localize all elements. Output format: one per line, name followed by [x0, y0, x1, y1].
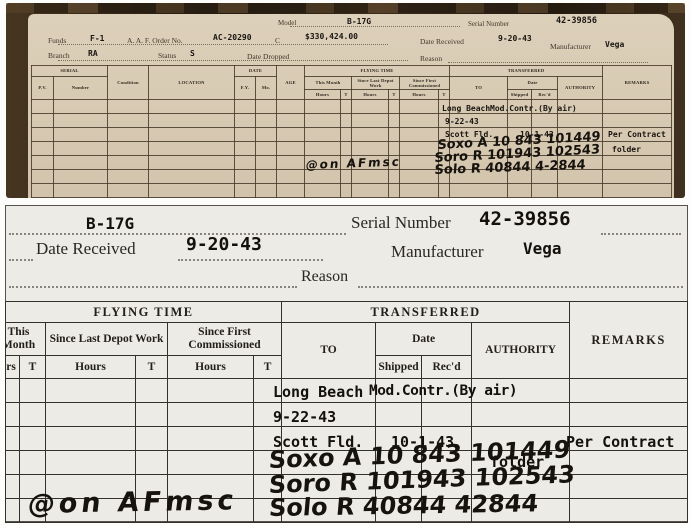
mo-header: Mo. — [256, 77, 277, 100]
dotted-leader — [9, 233, 346, 235]
serial-number-value: 42-39856 — [556, 16, 597, 26]
grid-cell — [341, 170, 352, 184]
recd-header: Rec'd — [532, 90, 558, 100]
grid-cell — [256, 100, 277, 114]
grid-cell — [450, 184, 508, 198]
since-first-commissioned-header: Since First Commissioned — [168, 323, 282, 356]
status-value: S — [190, 49, 195, 58]
grid-cell — [389, 170, 400, 184]
reason-label: Reason — [420, 54, 442, 63]
grid-cell — [149, 156, 235, 170]
grid-cell — [256, 170, 277, 184]
grid-cell — [32, 156, 54, 170]
entry-handwritten: Solo R 40844 42844 — [268, 489, 539, 522]
pv-header: P.V. — [32, 77, 54, 100]
grid-cell — [603, 170, 672, 184]
grid-cell — [305, 184, 341, 198]
t-header: T — [389, 90, 400, 100]
grid-cell — [389, 114, 400, 128]
grid-cell — [305, 128, 341, 142]
grid-cell — [108, 100, 149, 114]
funds-value: F-1 — [90, 34, 104, 43]
grid-cell — [400, 184, 439, 198]
grid-cell — [277, 142, 305, 156]
grid-cell — [400, 100, 439, 114]
entry-date: 9-22-43 — [273, 408, 336, 426]
grid-cell — [32, 142, 54, 156]
grid-cell — [389, 100, 400, 114]
hours-header: Hours — [400, 90, 439, 100]
grid-cell — [6, 427, 20, 451]
grid-cell — [46, 403, 136, 427]
grid-cell — [235, 100, 256, 114]
to-header: TO — [282, 323, 376, 379]
date-received-label: Date Received — [36, 239, 136, 259]
date-received-value: 9-20-43 — [186, 234, 262, 255]
grid-cell — [54, 156, 108, 170]
grid-cell — [6, 499, 20, 523]
grid-cell — [352, 100, 389, 114]
serial-number-value: 42-39856 — [479, 208, 571, 230]
entry-authority: Mod.Contr.(By air) — [369, 383, 517, 399]
top-scan: Model B-17G Serial Number 42-39856 Funds… — [6, 3, 685, 198]
serial-group-header: SERIAL — [32, 66, 108, 77]
date-received-label: Date Received — [420, 37, 464, 46]
authority-header: AUTHORITY — [558, 77, 603, 100]
grid-cell — [54, 142, 108, 156]
model-value: B-17G — [347, 17, 371, 26]
grid-cell — [149, 128, 235, 142]
hours-header: Hours — [168, 356, 254, 379]
since-last-depot-header: Since Last Depot Work — [46, 323, 168, 356]
entry-remark: Per Contract — [608, 130, 666, 139]
grid-cell — [603, 184, 672, 198]
grid-cell — [168, 427, 254, 451]
entry-date: 9-22-43 — [445, 117, 479, 126]
age-header: AGE — [277, 66, 305, 100]
grid-cell — [46, 451, 136, 475]
this-month-header-clipped: This Month — [6, 323, 46, 356]
serial-number-label: Serial Number — [351, 213, 451, 233]
grid-cell — [570, 499, 688, 523]
grid-cell — [32, 100, 54, 114]
grid-cell — [235, 114, 256, 128]
date-header: Date — [508, 77, 558, 90]
grid-cell — [235, 184, 256, 198]
entry-authority: Mod.Contr.(By air) — [490, 104, 577, 113]
grid-cell — [46, 427, 136, 451]
grid-cell — [32, 170, 54, 184]
grid-cell — [472, 403, 570, 427]
location-header: LOCATION — [149, 66, 235, 100]
grid-cell — [389, 128, 400, 142]
grid-cell — [341, 100, 352, 114]
grid-cell — [400, 156, 439, 170]
model-value: B-17G — [86, 214, 134, 233]
aircraft-record-card-composite: Model B-17G Serial Number 42-39856 Funds… — [0, 0, 691, 526]
grid-cell — [54, 184, 108, 198]
entry-remark: folder — [612, 145, 641, 154]
grid-cell — [20, 451, 46, 475]
grid-cell — [532, 184, 558, 198]
grid-cell — [305, 100, 341, 114]
t-header: T — [136, 356, 168, 379]
dotted-leader — [290, 26, 460, 27]
flying-time-header: FLYING TIME — [6, 302, 282, 323]
grid-cell — [341, 128, 352, 142]
condition-header: Condition — [108, 66, 149, 100]
serial-number-label: Serial Number — [468, 20, 509, 28]
to-header: TO — [450, 77, 508, 100]
grid-cell — [277, 100, 305, 114]
branch-value: RA — [88, 49, 98, 58]
grid-cell — [352, 142, 389, 156]
grid-cell — [168, 403, 254, 427]
grid-cell — [256, 114, 277, 128]
grid-cell — [136, 403, 168, 427]
grid-cell — [558, 184, 603, 198]
remarks-header: REMARKS — [603, 66, 672, 100]
grid-cell — [532, 114, 558, 128]
grid-cell — [20, 379, 46, 403]
entry-to: Long Beach — [442, 104, 490, 113]
reason-label: Reason — [301, 268, 348, 286]
order-number-value: AC-20290 — [213, 33, 252, 42]
grid-cell — [136, 427, 168, 451]
transferred-header: TRANSFERRED — [282, 302, 570, 323]
grid-cell — [149, 114, 235, 128]
grid-cell — [341, 114, 352, 128]
grid-cell — [235, 170, 256, 184]
grid-cell — [570, 451, 688, 475]
grid-cell — [277, 156, 305, 170]
grid-cell — [235, 156, 256, 170]
t-header: T — [254, 356, 282, 379]
grid-cell — [149, 100, 235, 114]
status-label: Status — [158, 51, 176, 60]
grid-cell — [305, 114, 341, 128]
grid-cell — [108, 114, 149, 128]
grid-cell — [389, 184, 400, 198]
grid-cell — [400, 128, 439, 142]
grid-cell — [256, 156, 277, 170]
grid-cell — [108, 128, 149, 142]
grid-cell — [168, 379, 254, 403]
hours-header: Hours — [352, 90, 389, 100]
grid-cell — [558, 114, 603, 128]
grid-cell — [136, 451, 168, 475]
grid-cell — [6, 475, 20, 499]
grid-cell — [352, 114, 389, 128]
date-header: Date — [376, 323, 472, 356]
grid-cell — [32, 128, 54, 142]
grid-cell — [108, 156, 149, 170]
grid-cell — [6, 451, 20, 475]
manufacturer-label: Manufacturer — [550, 42, 591, 51]
grid-cell — [32, 114, 54, 128]
manufacturer-value: Vega — [523, 239, 562, 258]
grid-cell — [508, 184, 532, 198]
dotted-leader — [358, 286, 683, 288]
grid-cell — [54, 128, 108, 142]
grid-cell — [149, 184, 235, 198]
this-month-header: This Month — [305, 77, 352, 90]
grid-cell — [108, 184, 149, 198]
grid-cell — [277, 184, 305, 198]
grid-cell — [32, 184, 54, 198]
fy-header: F.Y. — [235, 77, 256, 100]
grid-cell — [136, 379, 168, 403]
grid-cell — [341, 184, 352, 198]
grid-cell — [352, 170, 389, 184]
grid-cell — [389, 142, 400, 156]
grid-cell — [603, 114, 672, 128]
dotted-leader — [58, 44, 388, 45]
grid-cell — [400, 142, 439, 156]
grid-cell — [570, 379, 688, 403]
grid-cell — [256, 142, 277, 156]
grid-cell — [54, 170, 108, 184]
record-card-top: Model B-17G Serial Number 42-39856 Funds… — [28, 14, 674, 198]
entry-to: Long Beach — [273, 383, 363, 401]
manufacturer-value: Vega — [605, 40, 624, 49]
grid-cell — [256, 128, 277, 142]
dotted-leader — [9, 259, 33, 261]
grid-cell — [149, 170, 235, 184]
grid-cell — [603, 100, 672, 114]
dotted-leader — [58, 60, 408, 61]
shipped-header: Shipped — [508, 90, 532, 100]
grid-cell — [603, 156, 672, 170]
grid-cell — [508, 114, 532, 128]
branch-label: Branch — [48, 51, 70, 60]
remarks-header: REMARKS — [570, 302, 688, 379]
grid-cell — [439, 184, 450, 198]
dotted-leader — [448, 62, 648, 63]
manufacturer-label: Manufacturer — [391, 242, 484, 262]
grid-cell — [20, 427, 46, 451]
grid-cell — [277, 114, 305, 128]
grid-cell — [352, 184, 389, 198]
authority-header: AUTHORITY — [472, 323, 570, 379]
grid-cell — [235, 128, 256, 142]
flying-time-header: FLYING TIME — [305, 66, 450, 77]
grid-cell — [235, 142, 256, 156]
grid-cell — [108, 170, 149, 184]
grid-cell — [6, 379, 20, 403]
grid-cell — [277, 170, 305, 184]
t-header: T — [341, 90, 352, 100]
hours-header: Hours — [305, 90, 341, 100]
transferred-header: TRANSFERRED — [450, 66, 603, 77]
since-last-depot-header: Since Last Depot Work — [352, 77, 400, 90]
dotted-leader — [9, 286, 297, 288]
date-group-header: DATE — [235, 66, 277, 77]
grid-cell — [168, 451, 254, 475]
grid-cell — [108, 142, 149, 156]
grid-cell — [20, 403, 46, 427]
grid-cell — [341, 142, 352, 156]
dotted-leader — [601, 233, 681, 235]
record-card-bottom-crop: B-17G Serial Number 42-39856 Date Receiv… — [5, 205, 688, 522]
grid-cell — [352, 128, 389, 142]
hours-header: Hours — [46, 356, 136, 379]
cost-value: $330,424.00 — [305, 32, 358, 41]
grid-cell — [422, 403, 472, 427]
grid-cell — [256, 184, 277, 198]
t-header: T — [20, 356, 46, 379]
note-handwritten: @on AFmsc — [26, 485, 240, 520]
t-header: T — [439, 90, 450, 100]
shipped-header: Shipped — [376, 356, 422, 379]
grid-cell — [54, 100, 108, 114]
grid-cell — [277, 128, 305, 142]
grid-cell — [149, 142, 235, 156]
grid-cell — [400, 114, 439, 128]
grid-cell — [570, 475, 688, 499]
grid-cell — [46, 379, 136, 403]
entry-remark: Per Contract — [566, 433, 674, 451]
dotted-leader — [178, 259, 323, 261]
recd-header: Rec'd — [422, 356, 472, 379]
grid-cell — [400, 170, 439, 184]
hours-header-clipped: Hours — [6, 356, 20, 379]
since-first-commissioned-header: Since First Commissioned — [400, 77, 450, 90]
grid-cell — [570, 403, 688, 427]
grid-cell — [376, 403, 422, 427]
grid-cell — [305, 142, 341, 156]
grid-cell — [6, 403, 20, 427]
grid-cell — [54, 114, 108, 128]
date-received-value: 9-20-43 — [498, 34, 532, 43]
number-header: Number — [54, 77, 108, 100]
